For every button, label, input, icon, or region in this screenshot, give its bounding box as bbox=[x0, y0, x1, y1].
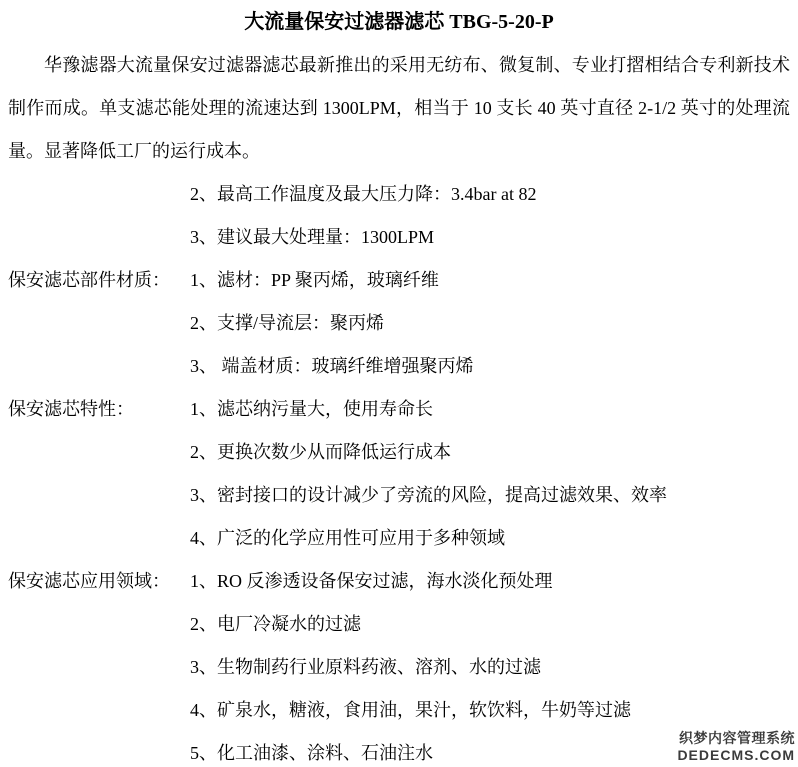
list-item: 2、电厂冷凝水的过滤 bbox=[190, 603, 790, 646]
section-operating-specs: 2、最高工作温度及最大压力降：3.4bar at 82 3、建议最大处理量：13… bbox=[8, 173, 790, 259]
page-title: 大流量保安过滤器滤芯 TBG-5-20-P bbox=[8, 0, 790, 44]
section-component-materials: 保安滤芯部件材质： 1、滤材：PP 聚丙烯，玻璃纤维 2、支撑/导流层：聚丙烯 … bbox=[8, 259, 790, 388]
list-item: 1、滤芯纳污量大，使用寿命长 bbox=[190, 388, 790, 431]
list-item: 1、滤材：PP 聚丙烯，玻璃纤维 bbox=[190, 259, 790, 302]
section-item-list: 1、滤芯纳污量大，使用寿命长 2、更换次数少从而降低运行成本 3、密封接口的设计… bbox=[190, 388, 790, 560]
list-item: 2、更换次数少从而降低运行成本 bbox=[190, 431, 790, 474]
section-label: 保安滤芯应用领域： bbox=[8, 560, 190, 603]
section-item-list: 1、滤材：PP 聚丙烯，玻璃纤维 2、支撑/导流层：聚丙烯 3、 端盖材质：玻璃… bbox=[190, 259, 790, 388]
section-features: 保安滤芯特性： 1、滤芯纳污量大，使用寿命长 2、更换次数少从而降低运行成本 3… bbox=[8, 388, 790, 560]
list-item: 3、密封接口的设计减少了旁流的风险，提高过滤效果、效率 bbox=[190, 474, 790, 517]
section-label: 保安滤芯部件材质： bbox=[8, 259, 190, 302]
list-item: 2、最高工作温度及最大压力降：3.4bar at 82 bbox=[190, 173, 790, 216]
list-item: 1、RO 反渗透设备保安过滤，海水淡化预处理 bbox=[190, 560, 790, 603]
section-item-list: 2、最高工作温度及最大压力降：3.4bar at 82 3、建议最大处理量：13… bbox=[190, 173, 790, 259]
list-item: 2、支撑/导流层：聚丙烯 bbox=[190, 302, 790, 345]
document-page: 大流量保安过滤器滤芯 TBG-5-20-P 华豫滤器大流量保安过滤器滤芯最新推出… bbox=[0, 0, 798, 767]
intro-paragraph: 华豫滤器大流量保安过滤器滤芯最新推出的采用无纺布、微复制、专业打摺相结合专利新技… bbox=[8, 44, 790, 173]
section-applications: 保安滤芯应用领域： 1、RO 反渗透设备保安过滤，海水淡化预处理 2、电厂冷凝水… bbox=[8, 560, 790, 767]
list-item: 3、 端盖材质：玻璃纤维增强聚丙烯 bbox=[190, 345, 790, 388]
list-item: 3、生物制药行业原料药液、溶剂、水的过滤 bbox=[190, 646, 790, 689]
section-label: 保安滤芯特性： bbox=[8, 388, 190, 431]
list-item: 3、建议最大处理量：1300LPM bbox=[190, 216, 790, 259]
list-item: 4、矿泉水，糖液，食用油，果汁，软饮料，牛奶等过滤 bbox=[190, 689, 790, 732]
watermark-text-cn: 织梦内容管理系统 bbox=[677, 729, 795, 747]
watermark-text-en: DEDECMS.COM bbox=[677, 747, 795, 763]
dedecms-watermark: 织梦内容管理系统 DEDECMS.COM bbox=[677, 729, 795, 763]
list-item: 4、广泛的化学应用性可应用于多种领域 bbox=[190, 517, 790, 560]
